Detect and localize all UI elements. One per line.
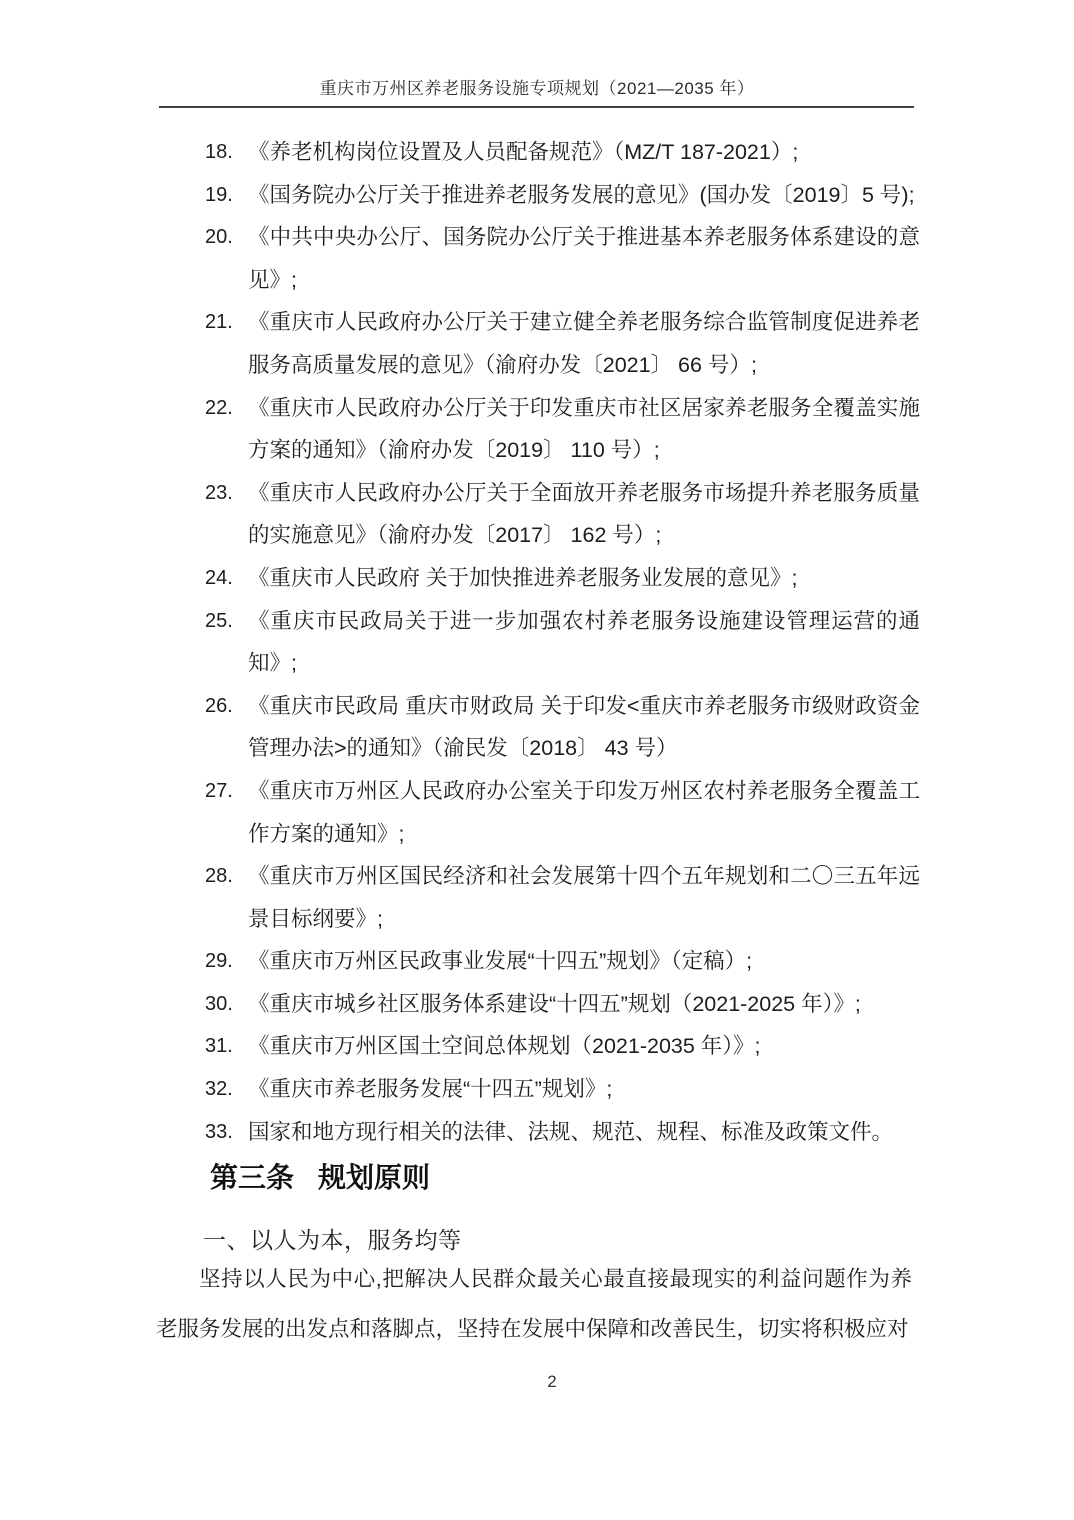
- reference-list-item: 25. 《重庆市民政局关于进一步加强农村养老服务设施建设管理运营的通知》;: [205, 600, 920, 685]
- list-item-text: 《重庆市万州区人民政府办公室关于印发万州区农村养老服务全覆盖工作方案的通知》;: [248, 770, 920, 855]
- reference-list-item: 23. 《重庆市人民政府办公厅关于全面放开养老服务市场提升养老服务质量的实施意见…: [205, 472, 920, 557]
- reference-list-item: 19. 《国务院办公厅关于推进养老服务发展的意见》(国办发〔2019〕5 号);: [205, 174, 920, 217]
- list-item-text: 《重庆市养老服务发展“十四五”规划》;: [248, 1068, 920, 1111]
- list-item-number: 33.: [205, 1111, 248, 1154]
- list-item-text: 《重庆市万州区国民经济和社会发展第十四个五年规划和二〇三五年远景目标纲要》;: [248, 855, 920, 940]
- body-paragraph: 坚持以人民为中心,把解决人民群众最关心最直接最现实的利益问题作为养老服务发展的出…: [156, 1254, 912, 1354]
- page-header-title: 重庆市万州区养老服务设施专项规划（2021—2035 年）: [157, 74, 917, 99]
- reference-list: 18. 《养老机构岗位设置及人员配备规范》（MZ/T 187-2021）; 19…: [205, 131, 920, 1153]
- reference-list-item: 32. 《重庆市养老服务发展“十四五”规划》;: [205, 1068, 920, 1111]
- reference-list-item: 33. 国家和地方现行相关的法律、法规、规范、规程、标准及政策文件。: [205, 1111, 920, 1154]
- reference-list-item: 18. 《养老机构岗位设置及人员配备规范》（MZ/T 187-2021）;: [205, 131, 920, 174]
- reference-list-item: 26. 《重庆市民政局 重庆市财政局 关于印发<重庆市养老服务市级财政资金管理办…: [205, 685, 920, 770]
- list-item-number: 25.: [205, 600, 248, 643]
- list-item-number: 29.: [205, 940, 248, 983]
- list-item-text: 《重庆市民政局 重庆市财政局 关于印发<重庆市养老服务市级财政资金管理办法>的通…: [248, 685, 920, 770]
- list-item-number: 27.: [205, 770, 248, 813]
- section-heading-number: 第三条: [210, 1162, 294, 1193]
- reference-list-item: 20. 《中共中央办公厅、国务院办公厅关于推进基本养老服务体系建设的意见》;: [205, 216, 920, 301]
- list-item-number: 21.: [205, 301, 248, 344]
- section-heading-title: 规划原则: [318, 1162, 430, 1193]
- reference-list-item: 22. 《重庆市人民政府办公厅关于印发重庆市社区居家养老服务全覆盖实施方案的通知…: [205, 387, 920, 472]
- list-item-text: 《重庆市民政局关于进一步加强农村养老服务设施建设管理运营的通知》;: [248, 600, 920, 685]
- subsection-heading: 一、以人为本，服务均等: [203, 1222, 462, 1255]
- list-item-text: 《重庆市万州区国土空间总体规划（2021-2035 年）》;: [248, 1025, 920, 1068]
- list-item-text: 《重庆市城乡社区服务体系建设“十四五”规划（2021-2025 年）》;: [248, 983, 920, 1026]
- reference-list-item: 30. 《重庆市城乡社区服务体系建设“十四五”规划（2021-2025 年）》;: [205, 983, 920, 1026]
- list-item-text: 《重庆市人民政府办公厅关于全面放开养老服务市场提升养老服务质量的实施意见》（渝府…: [248, 472, 920, 557]
- header-divider-line: [159, 106, 914, 108]
- list-item-number: 20.: [205, 216, 248, 259]
- list-item-number: 31.: [205, 1025, 248, 1068]
- reference-list-item: 21. 《重庆市人民政府办公厅关于建立健全养老服务综合监管制度促进养老服务高质量…: [205, 301, 920, 386]
- reference-list-item: 24. 《重庆市人民政府 关于加快推进养老服务业发展的意见》;: [205, 557, 920, 600]
- list-item-text: 《养老机构岗位设置及人员配备规范》（MZ/T 187-2021）;: [248, 131, 920, 174]
- list-item-number: 22.: [205, 387, 248, 430]
- reference-list-item: 28. 《重庆市万州区国民经济和社会发展第十四个五年规划和二〇三五年远景目标纲要…: [205, 855, 920, 940]
- list-item-number: 24.: [205, 557, 248, 600]
- list-item-text: 《中共中央办公厅、国务院办公厅关于推进基本养老服务体系建设的意见》;: [248, 216, 920, 301]
- list-item-number: 32.: [205, 1068, 248, 1111]
- section-heading: 第三条规划原则: [210, 1156, 430, 1196]
- list-item-text: 国家和地方现行相关的法律、法规、规范、规程、标准及政策文件。: [248, 1111, 920, 1154]
- list-item-number: 18.: [205, 131, 248, 174]
- list-item-text: 《重庆市万州区民政事业发展“十四五”规划》（定稿）;: [248, 940, 920, 983]
- reference-list-item: 31. 《重庆市万州区国土空间总体规划（2021-2035 年）》;: [205, 1025, 920, 1068]
- list-item-number: 30.: [205, 983, 248, 1026]
- list-item-text: 《国务院办公厅关于推进养老服务发展的意见》(国办发〔2019〕5 号);: [248, 174, 920, 217]
- list-item-number: 23.: [205, 472, 248, 515]
- reference-list-item: 29. 《重庆市万州区民政事业发展“十四五”规划》（定稿）;: [205, 940, 920, 983]
- document-page: 重庆市万州区养老服务设施专项规划（2021—2035 年） 18. 《养老机构岗…: [0, 0, 1074, 1520]
- list-item-number: 28.: [205, 855, 248, 898]
- list-item-text: 《重庆市人民政府办公厅关于建立健全养老服务综合监管制度促进养老服务高质量发展的意…: [248, 301, 920, 386]
- list-item-number: 19.: [205, 174, 248, 217]
- list-item-text: 《重庆市人民政府 关于加快推进养老服务业发展的意见》;: [248, 557, 920, 600]
- list-item-text: 《重庆市人民政府办公厅关于印发重庆市社区居家养老服务全覆盖实施方案的通知》（渝府…: [248, 387, 920, 472]
- page-number: 2: [157, 1372, 947, 1392]
- reference-list-item: 27. 《重庆市万州区人民政府办公室关于印发万州区农村养老服务全覆盖工作方案的通…: [205, 770, 920, 855]
- list-item-number: 26.: [205, 685, 248, 728]
